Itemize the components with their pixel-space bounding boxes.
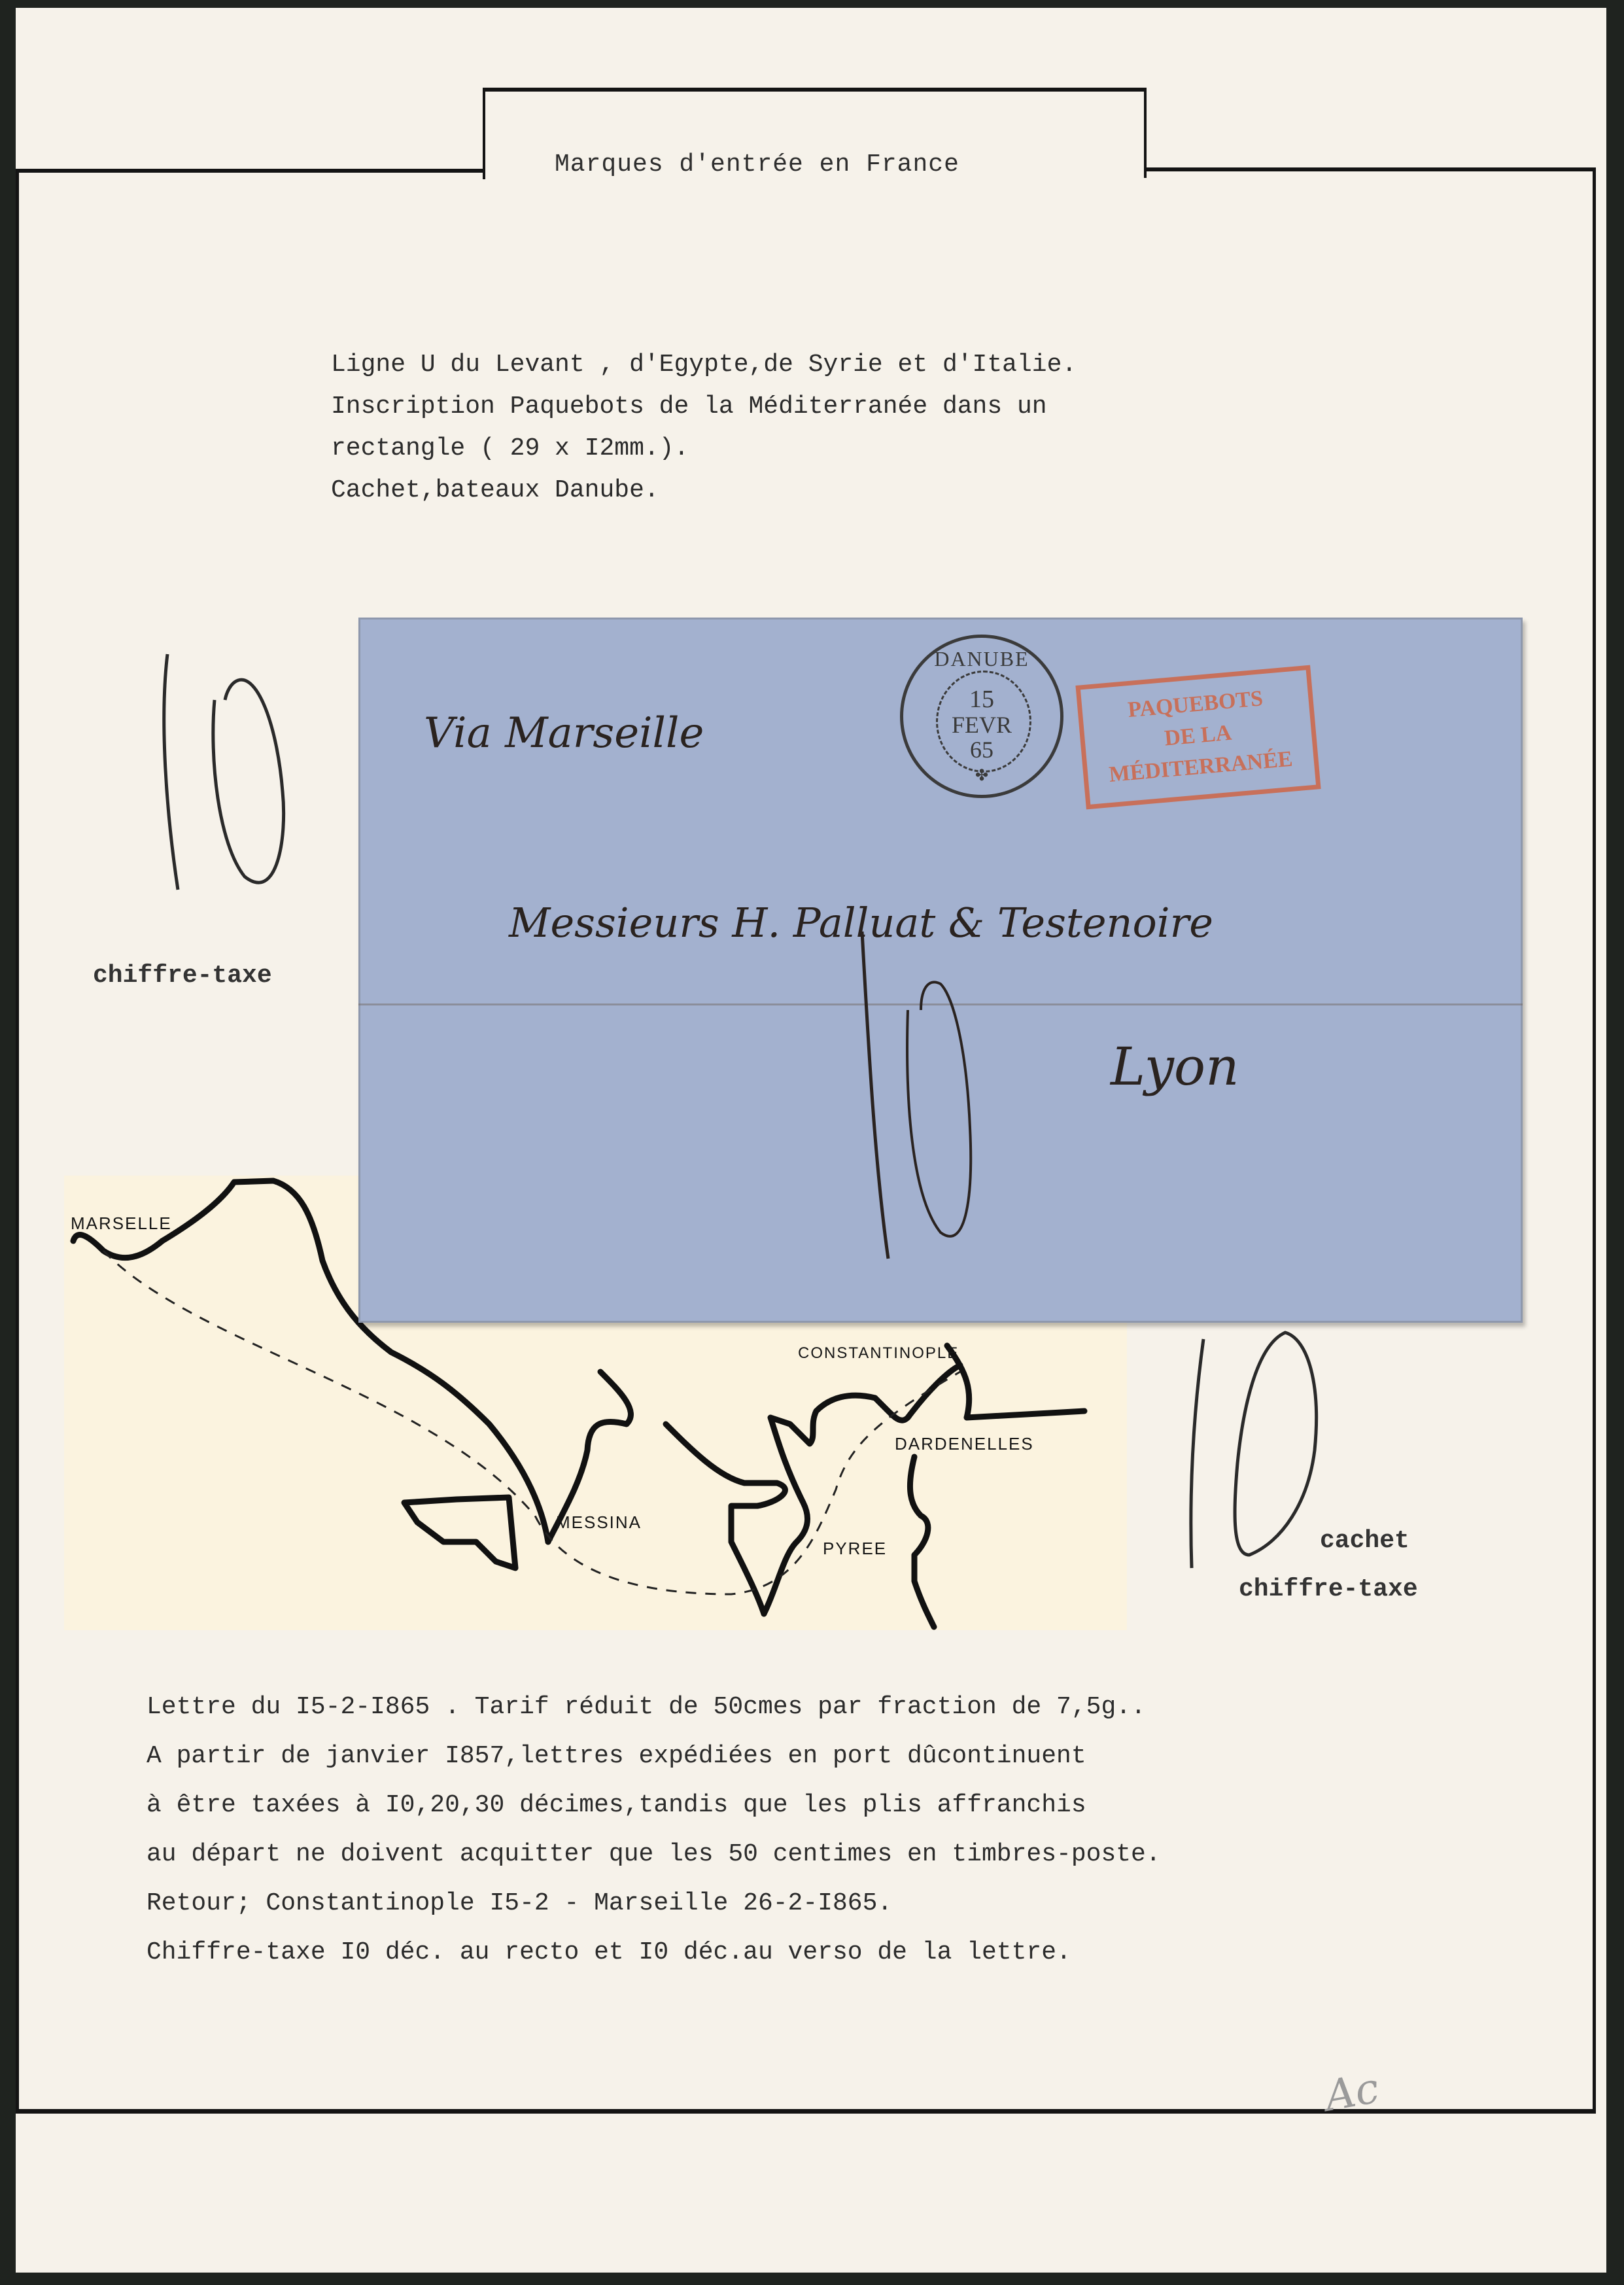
chiffre-taxe-label-right: chiffre-taxe [1239,1575,1418,1603]
description-line: Lettre du I5-2-I865 . Tarif réduit de 50… [147,1683,1161,1732]
danube-datestamp: DANUBE 15 FEVR 65 ✤ [900,635,1063,798]
routing-inscription: Via Marseille [424,709,704,758]
cds-town: DANUBE [916,647,1047,671]
cds-year: 65 [903,736,1060,763]
album-page: Marques d'entrée en France Ligne U du Le… [16,8,1606,2273]
paquebots-mediterranee-stamp: PAQUEBOTS DE LA MÉDITERRANÉE [1075,665,1321,810]
description-line: Retour; Constantinople I5-2 - Marseille … [147,1879,1161,1928]
frame-top-left [16,169,485,173]
title-tab-top [483,88,1147,92]
map-label-piraeus: PYREE [823,1539,887,1559]
frame-top-right [1144,167,1595,171]
page-title: Marques d'entrée en France [555,150,959,179]
map-label-marseille: MARSELLE [71,1213,172,1234]
cds-month: FEVR [903,711,1060,739]
cds-day: 15 [903,685,1060,714]
intro-text: Ligne U du Levant , d'Egypte,de Syrie et… [331,344,1077,512]
description-line: Chiffre-taxe I0 déc. au recto et I0 déc.… [147,1928,1161,1977]
tax-figure-right [1177,1319,1334,1581]
intro-line: Inscription Paquebots de la Méditerranée… [331,386,1077,428]
intro-line: rectangle ( 29 x I2mm.). [331,428,1077,470]
description-line: A partir de janvier I857,lettres expédié… [147,1732,1161,1781]
map-label-messina: MESSINA [556,1512,642,1533]
address-city: Lyon [1111,1036,1239,1097]
description-line: au départ ne doivent acquitter que les 5… [147,1830,1161,1879]
frame-left [16,169,19,2113]
title-tab-right [1144,88,1147,178]
chiffre-taxe-label-left: chiffre-taxe [93,962,272,990]
tax-figure-left [147,641,317,929]
map-label-constantinople: CONSTANTINOPLE [798,1344,959,1363]
intro-line: Cachet,bateaux Danube. [331,470,1077,512]
pencil-signature: Ac [1321,2064,1383,2121]
cds-ornament: ✤ [903,766,1060,785]
handwritten-tax-mark [842,918,986,1272]
map-label-dardanelles: DARDENELLES [895,1434,1034,1454]
description-text: Lettre du I5-2-I865 . Tarif réduit de 50… [147,1683,1161,1977]
title-tab-left [483,88,485,179]
description-line: à être taxées à I0,20,30 décimes,tandis … [147,1781,1161,1830]
intro-line: Ligne U du Levant , d'Egypte,de Syrie et… [331,344,1077,386]
frame-right [1593,167,1596,2110]
cachet-label: cachet [1320,1527,1409,1555]
